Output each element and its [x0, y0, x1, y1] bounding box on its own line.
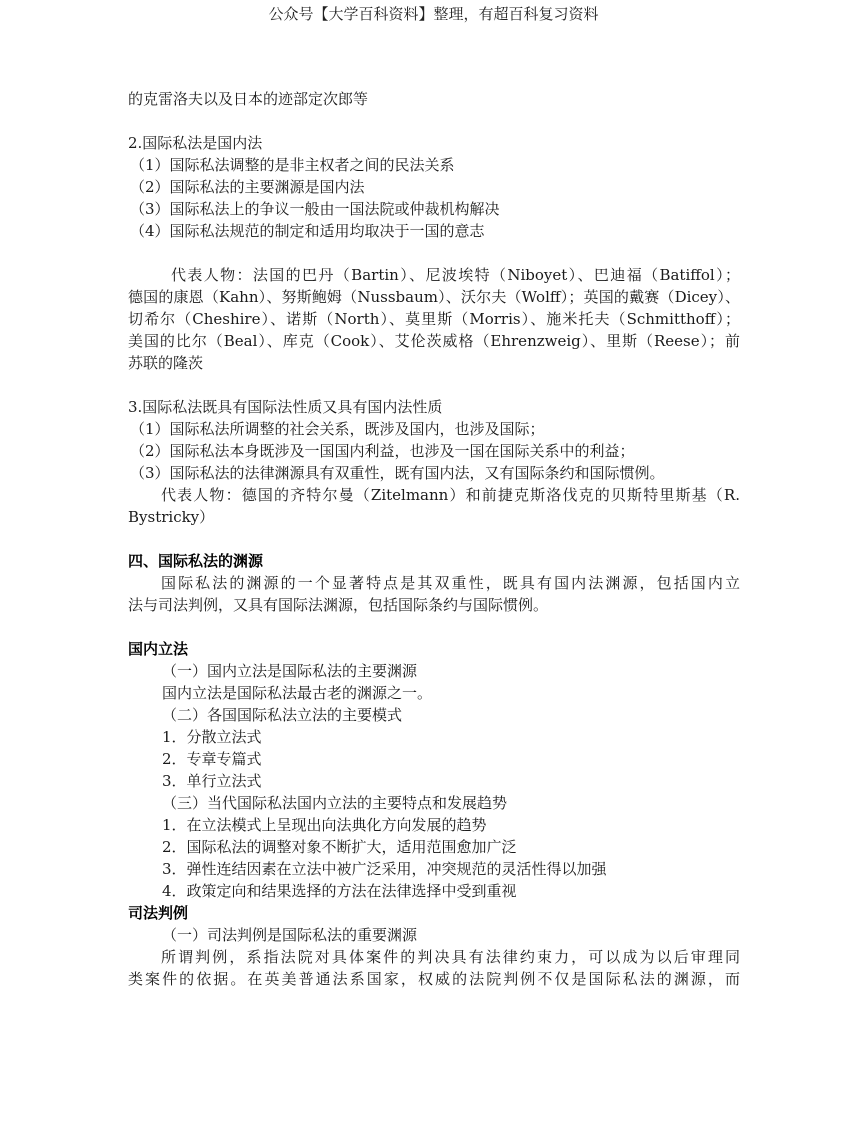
- view3-title: 3.国际私法既具有国际法性质又具有国内法性质: [128, 396, 442, 418]
- judicial-line: 类案件的依据。在英美普通法系国家，权威的法院判例不仅是国际私法的渊源，而: [128, 968, 740, 990]
- section-paragraph: 法与司法判例，又具有国际法渊源，包括国际条约与国际惯例。: [128, 594, 548, 616]
- section-paragraph: 国际私法的渊源的一个显著特点是其双重性，既具有国内法渊源，包括国内立: [161, 572, 740, 594]
- subsection-heading-judicial: 司法判例: [128, 902, 188, 924]
- view3-representatives: Bystricky）: [128, 506, 214, 528]
- view2-representatives: 美国的比尔（Beal）、库克（Cook）、艾伦茨威格（Ehrenzweig）、里…: [128, 330, 740, 352]
- domestic-line: 4．政策定向和结果选择的方法在法律选择中受到重视: [162, 880, 517, 902]
- view3-item: （1）国际私法所调整的社会关系，既涉及国内，也涉及国际；: [130, 418, 545, 440]
- domestic-line: 1．在立法模式上呈现出向法典化方向发展的趋势: [162, 814, 487, 836]
- judicial-line: （一）司法判例是国际私法的重要渊源: [162, 924, 417, 946]
- domestic-line: （二）各国国际私法立法的主要模式: [162, 704, 402, 726]
- domestic-line: 国内立法是国际私法最古老的渊源之一。: [162, 682, 432, 704]
- domestic-line: 3．弹性连结因素在立法中被广泛采用，冲突规范的灵活性得以加强: [162, 858, 607, 880]
- section-heading: 四、国际私法的渊源: [128, 550, 263, 572]
- domestic-line: 2．专章专篇式: [162, 748, 262, 770]
- view2-item: （2）国际私法的主要渊源是国内法: [130, 176, 365, 198]
- view2-representatives: 代表人物：法国的巴丹（Bartin）、尼波埃特（Niboyet）、巴迪福（Bat…: [171, 264, 740, 286]
- domestic-line: （三）当代国际私法国内立法的主要特点和发展趋势: [162, 792, 507, 814]
- view2-title: 2.国际私法是国内法: [128, 132, 262, 154]
- view2-representatives: 苏联的隆茨: [128, 352, 203, 374]
- page-header: 公众号【大学百科资料】整理，有超百科复习资料: [0, 3, 867, 25]
- domestic-line: （一）国内立法是国际私法的主要渊源: [162, 660, 417, 682]
- view2-item: （4）国际私法规范的制定和适用均取决于一国的意志: [130, 220, 485, 242]
- subsection-heading-domestic: 国内立法: [128, 638, 188, 660]
- view3-item: （3）国际私法的法律渊源具有双重性，既有国内法，又有国际条约和国际惯例。: [130, 462, 665, 484]
- domestic-line: 2．国际私法的调整对象不断扩大，适用范围愈加广泛: [162, 836, 517, 858]
- view3-representatives: 代表人物：德国的齐特尔曼（Zitelmann）和前捷克斯洛伐克的贝斯特里斯基（R…: [161, 484, 740, 506]
- view2-item: （1）国际私法调整的是非主权者之间的民法关系: [130, 154, 455, 176]
- view3-item: （2）国际私法本身既涉及一国国内利益，也涉及一国在国际关系中的利益；: [130, 440, 635, 462]
- judicial-line: 所谓判例，系指法院对具体案件的判决具有法律约束力，可以成为以后审理同: [161, 946, 740, 968]
- paragraph-continuation: 的克雷洛夫以及日本的迹部定次郎等: [128, 88, 368, 110]
- view2-item: （3）国际私法上的争议一般由一国法院或仲裁机构解决: [130, 198, 500, 220]
- domestic-line: 1．分散立法式: [162, 726, 262, 748]
- domestic-line: 3．单行立法式: [162, 770, 262, 792]
- view2-representatives: 德国的康恩（Kahn）、努斯鲍姆（Nussbaum）、沃尔夫（Wolff）；英国…: [128, 286, 740, 308]
- view2-representatives: 切希尔（Cheshire）、诺斯（North）、莫里斯（Morris）、施米托夫…: [128, 308, 740, 330]
